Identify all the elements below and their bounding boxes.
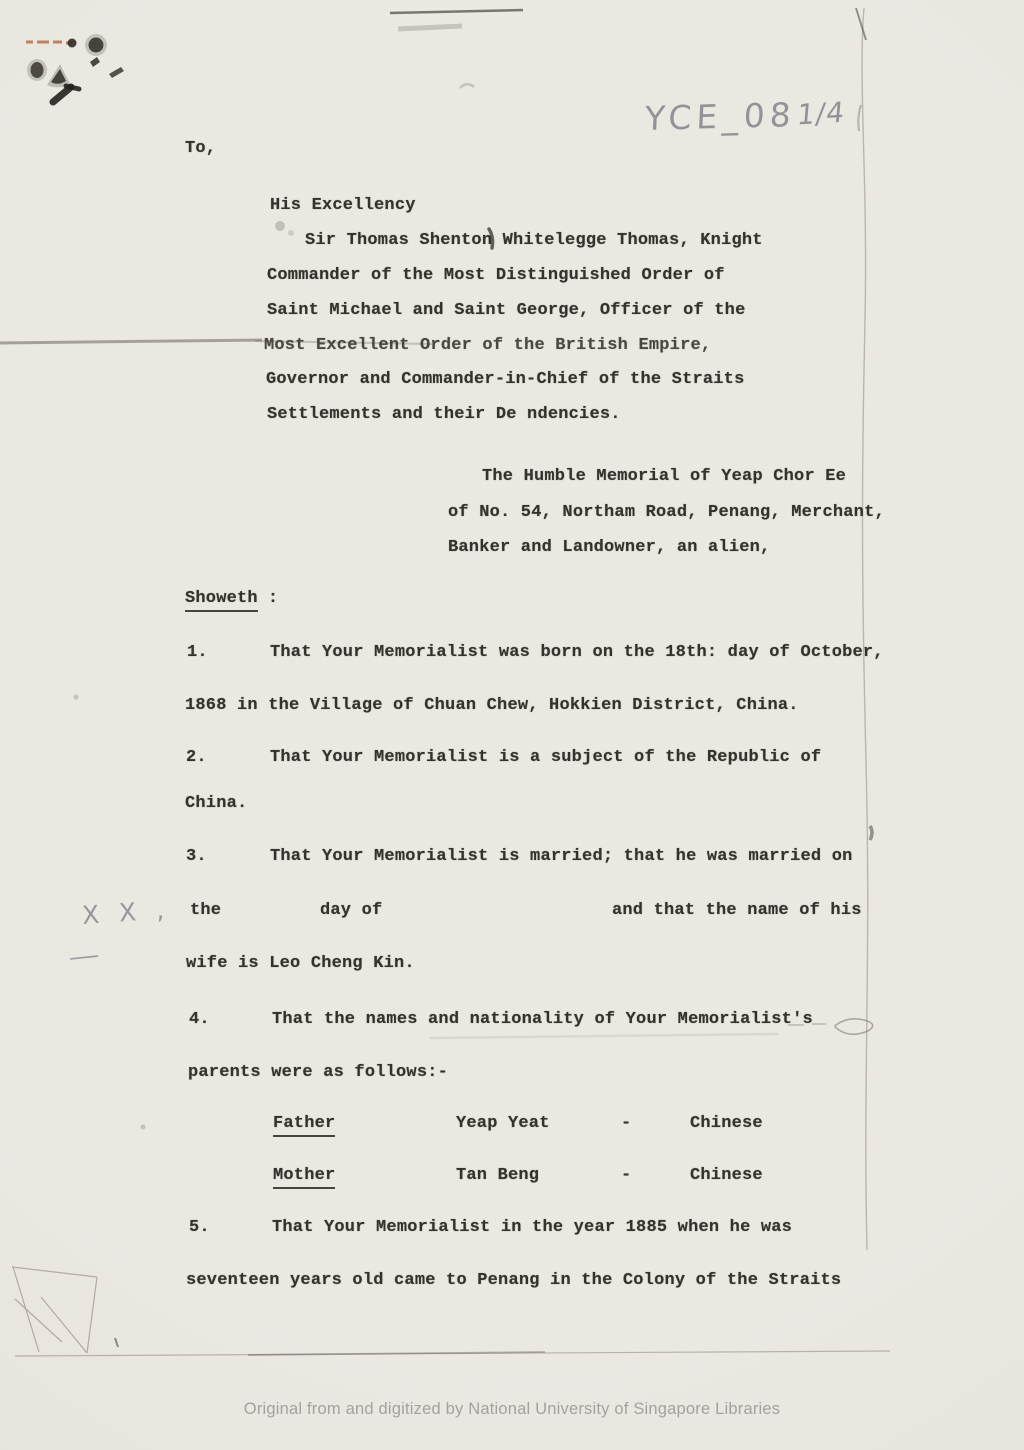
- memorial-intro-line: The Humble Memorial of Yeap Chor Ee: [482, 467, 846, 487]
- paragraph-line-fragment: and that the name of his: [612, 901, 862, 921]
- margin-x-marks: X X ,: [81, 895, 171, 930]
- ink-blot-cluster: [26, 34, 124, 102]
- address-line: Saint Michael and Saint George, Officer …: [267, 301, 745, 321]
- footer-credit: Original from and digitized by National …: [0, 1400, 1024, 1419]
- paragraph-line: That the names and nationality of Your M…: [272, 1010, 813, 1030]
- paragraph-line: China.: [185, 794, 247, 814]
- father-dash: -: [621, 1114, 631, 1134]
- memorial-intro-line: Banker and Landowner, an alien,: [448, 538, 770, 558]
- father-label: Father: [273, 1114, 335, 1137]
- paragraph-number: 5.: [189, 1218, 210, 1238]
- paragraph-line: wife is Leo Cheng Kin.: [186, 954, 415, 974]
- mother-dash: -: [621, 1166, 631, 1186]
- paragraph-line: seventeen years old came to Penang in th…: [186, 1271, 841, 1291]
- parents-row-mother-label: Mother: [273, 1166, 335, 1189]
- father-name: Yeap Yeat: [456, 1114, 550, 1134]
- paragraph-number: 1.: [187, 643, 208, 663]
- address-line: Governor and Commander-in-Chief of the S…: [266, 370, 744, 390]
- paragraph-line: parents were as follows:-: [188, 1063, 448, 1083]
- salutation: To,: [185, 139, 216, 159]
- paragraph-number: 4.: [189, 1010, 210, 1030]
- paragraph-line: That Your Memorialist is married; that h…: [270, 847, 853, 867]
- mother-nationality: Chinese: [690, 1166, 763, 1186]
- paragraph-line: 1868 in the Village of Chuan Chew, Hokki…: [185, 696, 799, 716]
- paragraph-line: That Your Memorialist is a subject of th…: [270, 748, 821, 768]
- address-line: His Excellency: [270, 196, 416, 216]
- address-line: Settlements and their De ndencies.: [267, 405, 621, 425]
- mother-label: Mother: [273, 1166, 335, 1189]
- paragraph-number: 2.: [186, 748, 207, 768]
- paragraph-line-fragment: day of: [320, 901, 382, 921]
- showeth-heading: Showeth:: [185, 589, 278, 612]
- page-crease-right: [856, 8, 872, 1250]
- address-line: Commander of the Most Distinguished Orde…: [267, 266, 725, 286]
- paragraph-line-fragment: the: [190, 901, 221, 921]
- scanned-document-page: YCE_08 1/4 X X , — To, His Excellency Si…: [0, 0, 1024, 1450]
- paragraph-line: That Your Memorialist was born on the 18…: [270, 643, 884, 663]
- memorial-intro-line: of No. 54, Northam Road, Penang, Merchan…: [448, 503, 885, 523]
- showeth-colon: :: [268, 589, 278, 608]
- address-line: Most Excellent Order of the British Empi…: [264, 336, 711, 356]
- page-marker-annotation: 1/4: [796, 96, 847, 132]
- father-nationality: Chinese: [690, 1114, 763, 1134]
- bottom-crease-line: [15, 1351, 890, 1356]
- parents-row-father-label: Father: [273, 1114, 335, 1137]
- fold-crease-lines: [12, 695, 146, 1354]
- paragraph-number: 3.: [186, 847, 207, 867]
- paragraph-line: That Your Memorialist in the year 1885 w…: [272, 1218, 792, 1238]
- margin-dash: —: [67, 940, 101, 971]
- catalog-code-annotation: YCE_08: [644, 95, 796, 138]
- mother-name: Tan Beng: [456, 1166, 539, 1186]
- address-line: Sir Thomas Shenton Whitelegge Thomas, Kn…: [305, 231, 763, 251]
- showeth-label: Showeth: [185, 589, 258, 612]
